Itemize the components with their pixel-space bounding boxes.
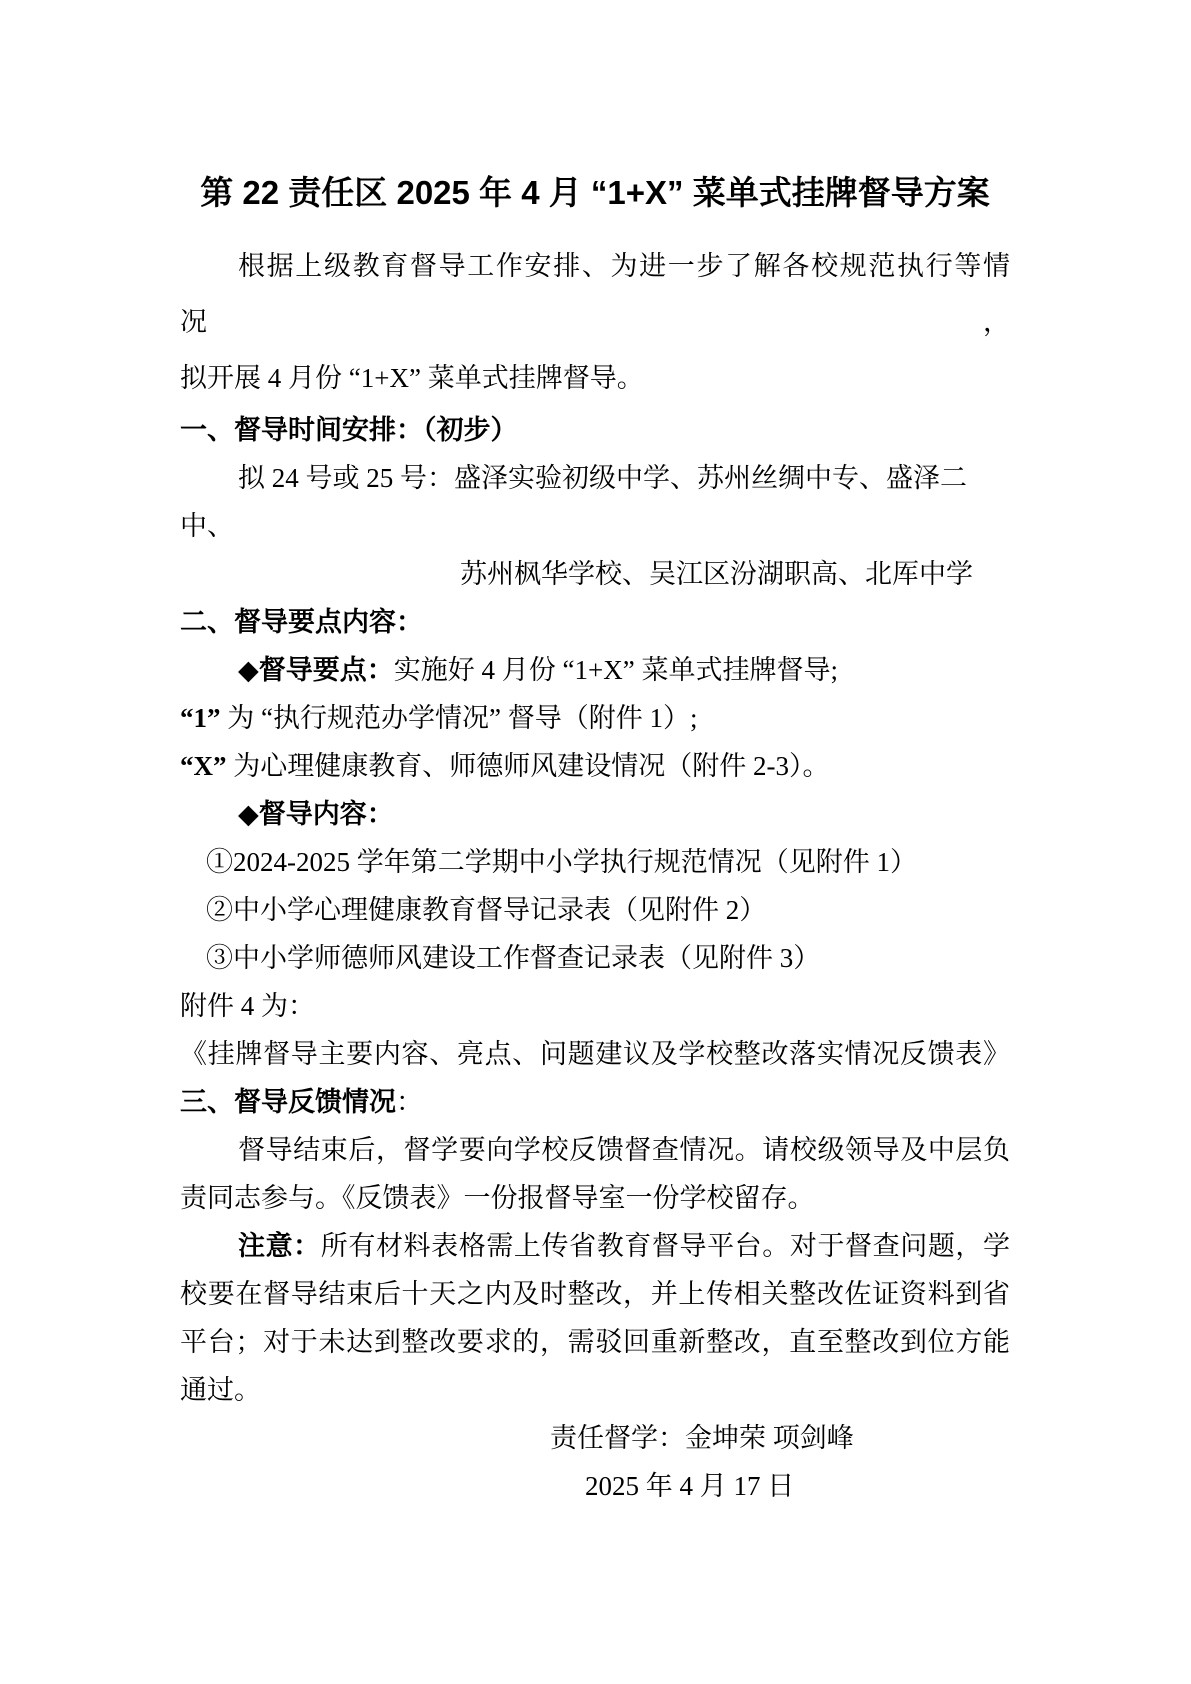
section3-heading-text: 三、督导反馈情况: [180, 1087, 396, 1117]
x-label: “X”: [180, 751, 227, 781]
intro-line-2: 拟开展 4 月份 “1+X” 菜单式挂牌督导。: [180, 350, 1010, 406]
one-label: “1”: [180, 703, 221, 733]
schedule-line-2: 苏州枫华学校、吴江区汾湖职高、北厍中学: [180, 550, 1010, 598]
section2-heading: 二、督导要点内容：: [180, 598, 1010, 646]
document-page: 第 22 责任区 2025 年 4 月 “1+X” 菜单式挂牌督导方案 根据上级…: [0, 0, 1191, 1684]
one-definition-line: “1” 为 “执行规范办学情况” 督导（附件 1）;: [180, 694, 1010, 742]
supervision-point-text: 实施好 4 月份 “1+X” 菜单式挂牌督导;: [394, 655, 838, 685]
document-title: 第 22 责任区 2025 年 4 月 “1+X” 菜单式挂牌督导方案: [180, 170, 1010, 216]
section3-heading: 三、督导反馈情况：: [180, 1078, 1010, 1126]
one-text: 为 “执行规范办学情况” 督导（附件 1）;: [221, 703, 698, 733]
attachment4-lead: 附件 4 为：: [180, 982, 1010, 1030]
x-text: 为心理健康教育、师德师风建设情况（附件 2-3）。: [227, 751, 830, 781]
note-line-3: 平台；对于未达到整改要求的，需驳回重新整改，直至整改到位方能: [180, 1318, 1010, 1366]
supervision-content-line: ◆督导内容：: [180, 790, 1010, 838]
note-line-2: 校要在督导结束后十天之内及时整改，并上传相关整改佐证资料到省: [180, 1270, 1010, 1318]
note-line-4: 通过。: [180, 1366, 1010, 1414]
supervision-point-label: ◆督导要点：: [238, 655, 394, 685]
signature-date: 2025 年 4 月 17 日: [180, 1462, 1010, 1510]
note-label: 注意：: [238, 1231, 321, 1261]
note-line-1: 注意：所有材料表格需上传省教育督导平台。对于督查问题，学: [180, 1222, 1010, 1270]
signature-inspectors: 责任督学：金坤荣 项剑峰: [180, 1414, 1010, 1462]
x-definition-line: “X” 为心理健康教育、师德师风建设情况（附件 2-3）。: [180, 742, 1010, 790]
supervision-point-line: ◆督导要点：实施好 4 月份 “1+X” 菜单式挂牌督导;: [180, 646, 1010, 694]
attachment4-title: 《挂牌督导主要内容、亮点、问题建议及学校整改落实情况反馈表》: [180, 1030, 1010, 1078]
content-item-3: ③中小学师德师风建设工作督查记录表（见附件 3）: [180, 934, 1010, 982]
section1-heading: 一、督导时间安排：（初步）: [180, 406, 1010, 454]
note-text: 所有材料表格需上传省教育督导平台。对于督查问题，学: [321, 1231, 1010, 1261]
content-item-1: ①2024-2025 学年第二学期中小学执行规范情况（见附件 1）: [180, 838, 1010, 886]
intro-line-1: 根据上级教育督导工作安排、为进一步了解各校规范执行等情况，: [180, 238, 1010, 350]
feedback-line-2: 责同志参与。《反馈表》一份报督导室一份学校留存。: [180, 1174, 1010, 1222]
schedule-line-1: 拟 24 号或 25 号：盛泽实验初级中学、苏州丝绸中专、盛泽二中、: [180, 454, 1010, 550]
section3-heading-colon: ：: [396, 1087, 423, 1117]
feedback-line-1: 督导结束后，督学要向学校反馈督查情况。请校级领导及中层负: [180, 1126, 1010, 1174]
content-item-2: ②中小学心理健康教育督导记录表（见附件 2）: [180, 886, 1010, 934]
document-content: 第 22 责任区 2025 年 4 月 “1+X” 菜单式挂牌督导方案 根据上级…: [180, 0, 1010, 1510]
supervision-content-label: ◆督导内容：: [238, 799, 394, 829]
